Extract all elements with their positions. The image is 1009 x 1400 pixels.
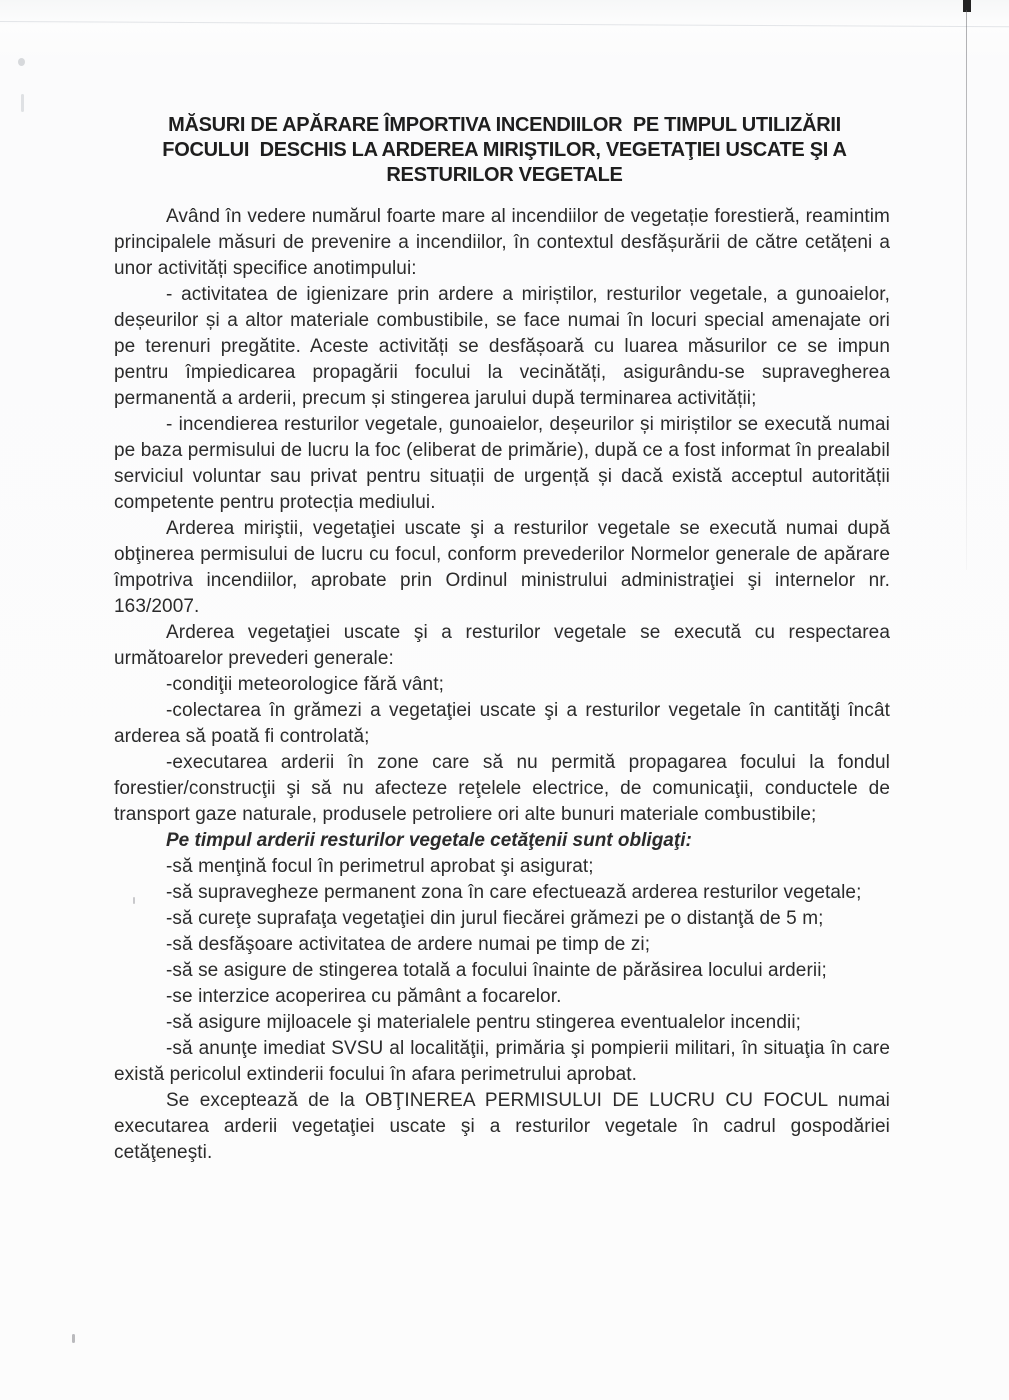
paragraph-order-163-2007: Arderea miriştii, vegetaţiei uscate şi a… — [114, 516, 890, 620]
scan-speck — [72, 1334, 75, 1343]
obligation-item-supervision: -să supravegheze permanent zona în care … — [114, 880, 890, 906]
obligation-item-no-soil-cover: -se interzice acoperirea cu pământ a foc… — [114, 984, 890, 1010]
obligation-item-daytime: -să desfăşoare activitatea de ardere num… — [114, 932, 890, 958]
scan-speck — [21, 94, 24, 112]
scan-corner-mark — [963, 0, 971, 12]
paragraph-hygiene-burning: - activitatea de igienizare prin ardere … — [114, 282, 890, 412]
paragraph-exception: Se exceptează de la OBŢINEREA PERMISULUI… — [114, 1088, 890, 1166]
rule-item-zones: -executarea arderii în zone care să nu p… — [114, 750, 890, 828]
scan-page-edge — [0, 21, 1009, 27]
obligation-item-notify: -să anunţe imediat SVSU al localităţii, … — [114, 1036, 890, 1088]
paragraph-general-rules-intro: Arderea vegetaţiei uscate şi a resturilo… — [114, 620, 890, 672]
scan-speck — [18, 58, 25, 66]
title-line: FOCULUI DESCHIS LA ARDEREA MIRIŞTILOR, V… — [0, 138, 1009, 163]
rule-item-piles: -colectarea în grămezi a vegetaţiei usca… — [114, 698, 890, 750]
document-page: MĂSURI DE APĂRARE ÎMPORTIVA INCENDIILOR … — [0, 0, 1009, 1400]
paragraph-intro: Având în vedere numărul foarte mare al i… — [114, 204, 890, 282]
obligation-item-extinguish: -să se asigure de stingerea totală a foc… — [114, 958, 890, 984]
document-title: MĂSURI DE APĂRARE ÎMPORTIVA INCENDIILOR … — [0, 113, 1009, 188]
title-line: MĂSURI DE APĂRARE ÎMPORTIVA INCENDIILOR … — [0, 113, 1009, 138]
obligation-item-means: -să asigure mijloacele şi materialele pe… — [114, 1010, 890, 1036]
obligation-item-perimeter: -să menţină focul în perimetrul aprobat … — [114, 854, 890, 880]
obligation-item-clearance: -să cureţe suprafaţa vegetaţiei din juru… — [114, 906, 890, 932]
scan-fold-line — [966, 10, 967, 570]
obligations-heading: Pe timpul arderii resturilor vegetale ce… — [114, 828, 890, 854]
rule-item-weather: -condiţii meteorologice fără vânt; — [114, 672, 890, 698]
title-line: RESTURILOR VEGETALE — [0, 163, 1009, 188]
paragraph-permit-requirement: - incendierea resturilor vegetale, gunoa… — [114, 412, 890, 516]
document-body: Având în vedere numărul foarte mare al i… — [114, 204, 890, 1166]
